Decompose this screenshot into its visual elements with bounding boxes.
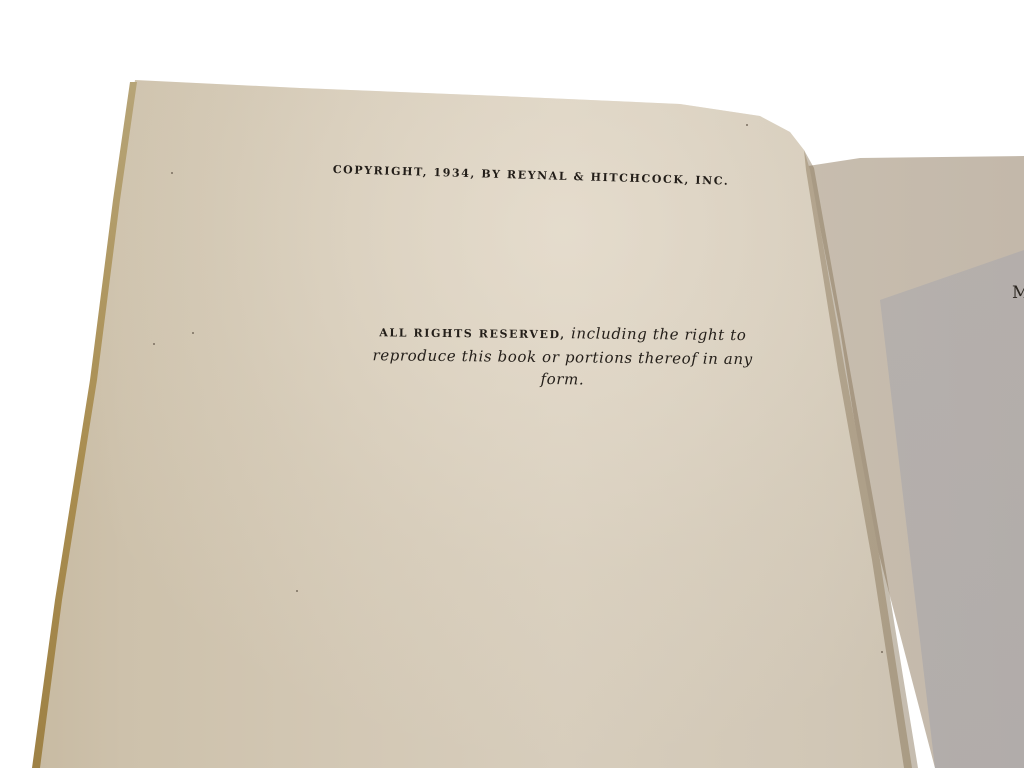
rights-reserved-caps: ALL RIGHTS RESERVED, xyxy=(379,326,566,341)
rights-reserved-notice: ALL RIGHTS RESERVED, including the right… xyxy=(351,320,774,392)
paper-speck xyxy=(171,172,173,174)
rights-line-2: reproduce this book or portions thereof … xyxy=(372,346,752,368)
rights-line-1: including the right to xyxy=(566,324,747,344)
rights-line-3: form. xyxy=(540,370,584,388)
paper-speck xyxy=(746,124,748,126)
paper-speck xyxy=(881,651,883,653)
paper-speck xyxy=(296,590,298,592)
right-page-partial-text: M xyxy=(1012,283,1024,303)
book-photo: M COPYRIGHT, 1934, BY REYNAL & HITCHCOCK… xyxy=(0,0,1024,768)
paper-speck xyxy=(192,332,194,334)
paper-speck xyxy=(153,343,155,345)
